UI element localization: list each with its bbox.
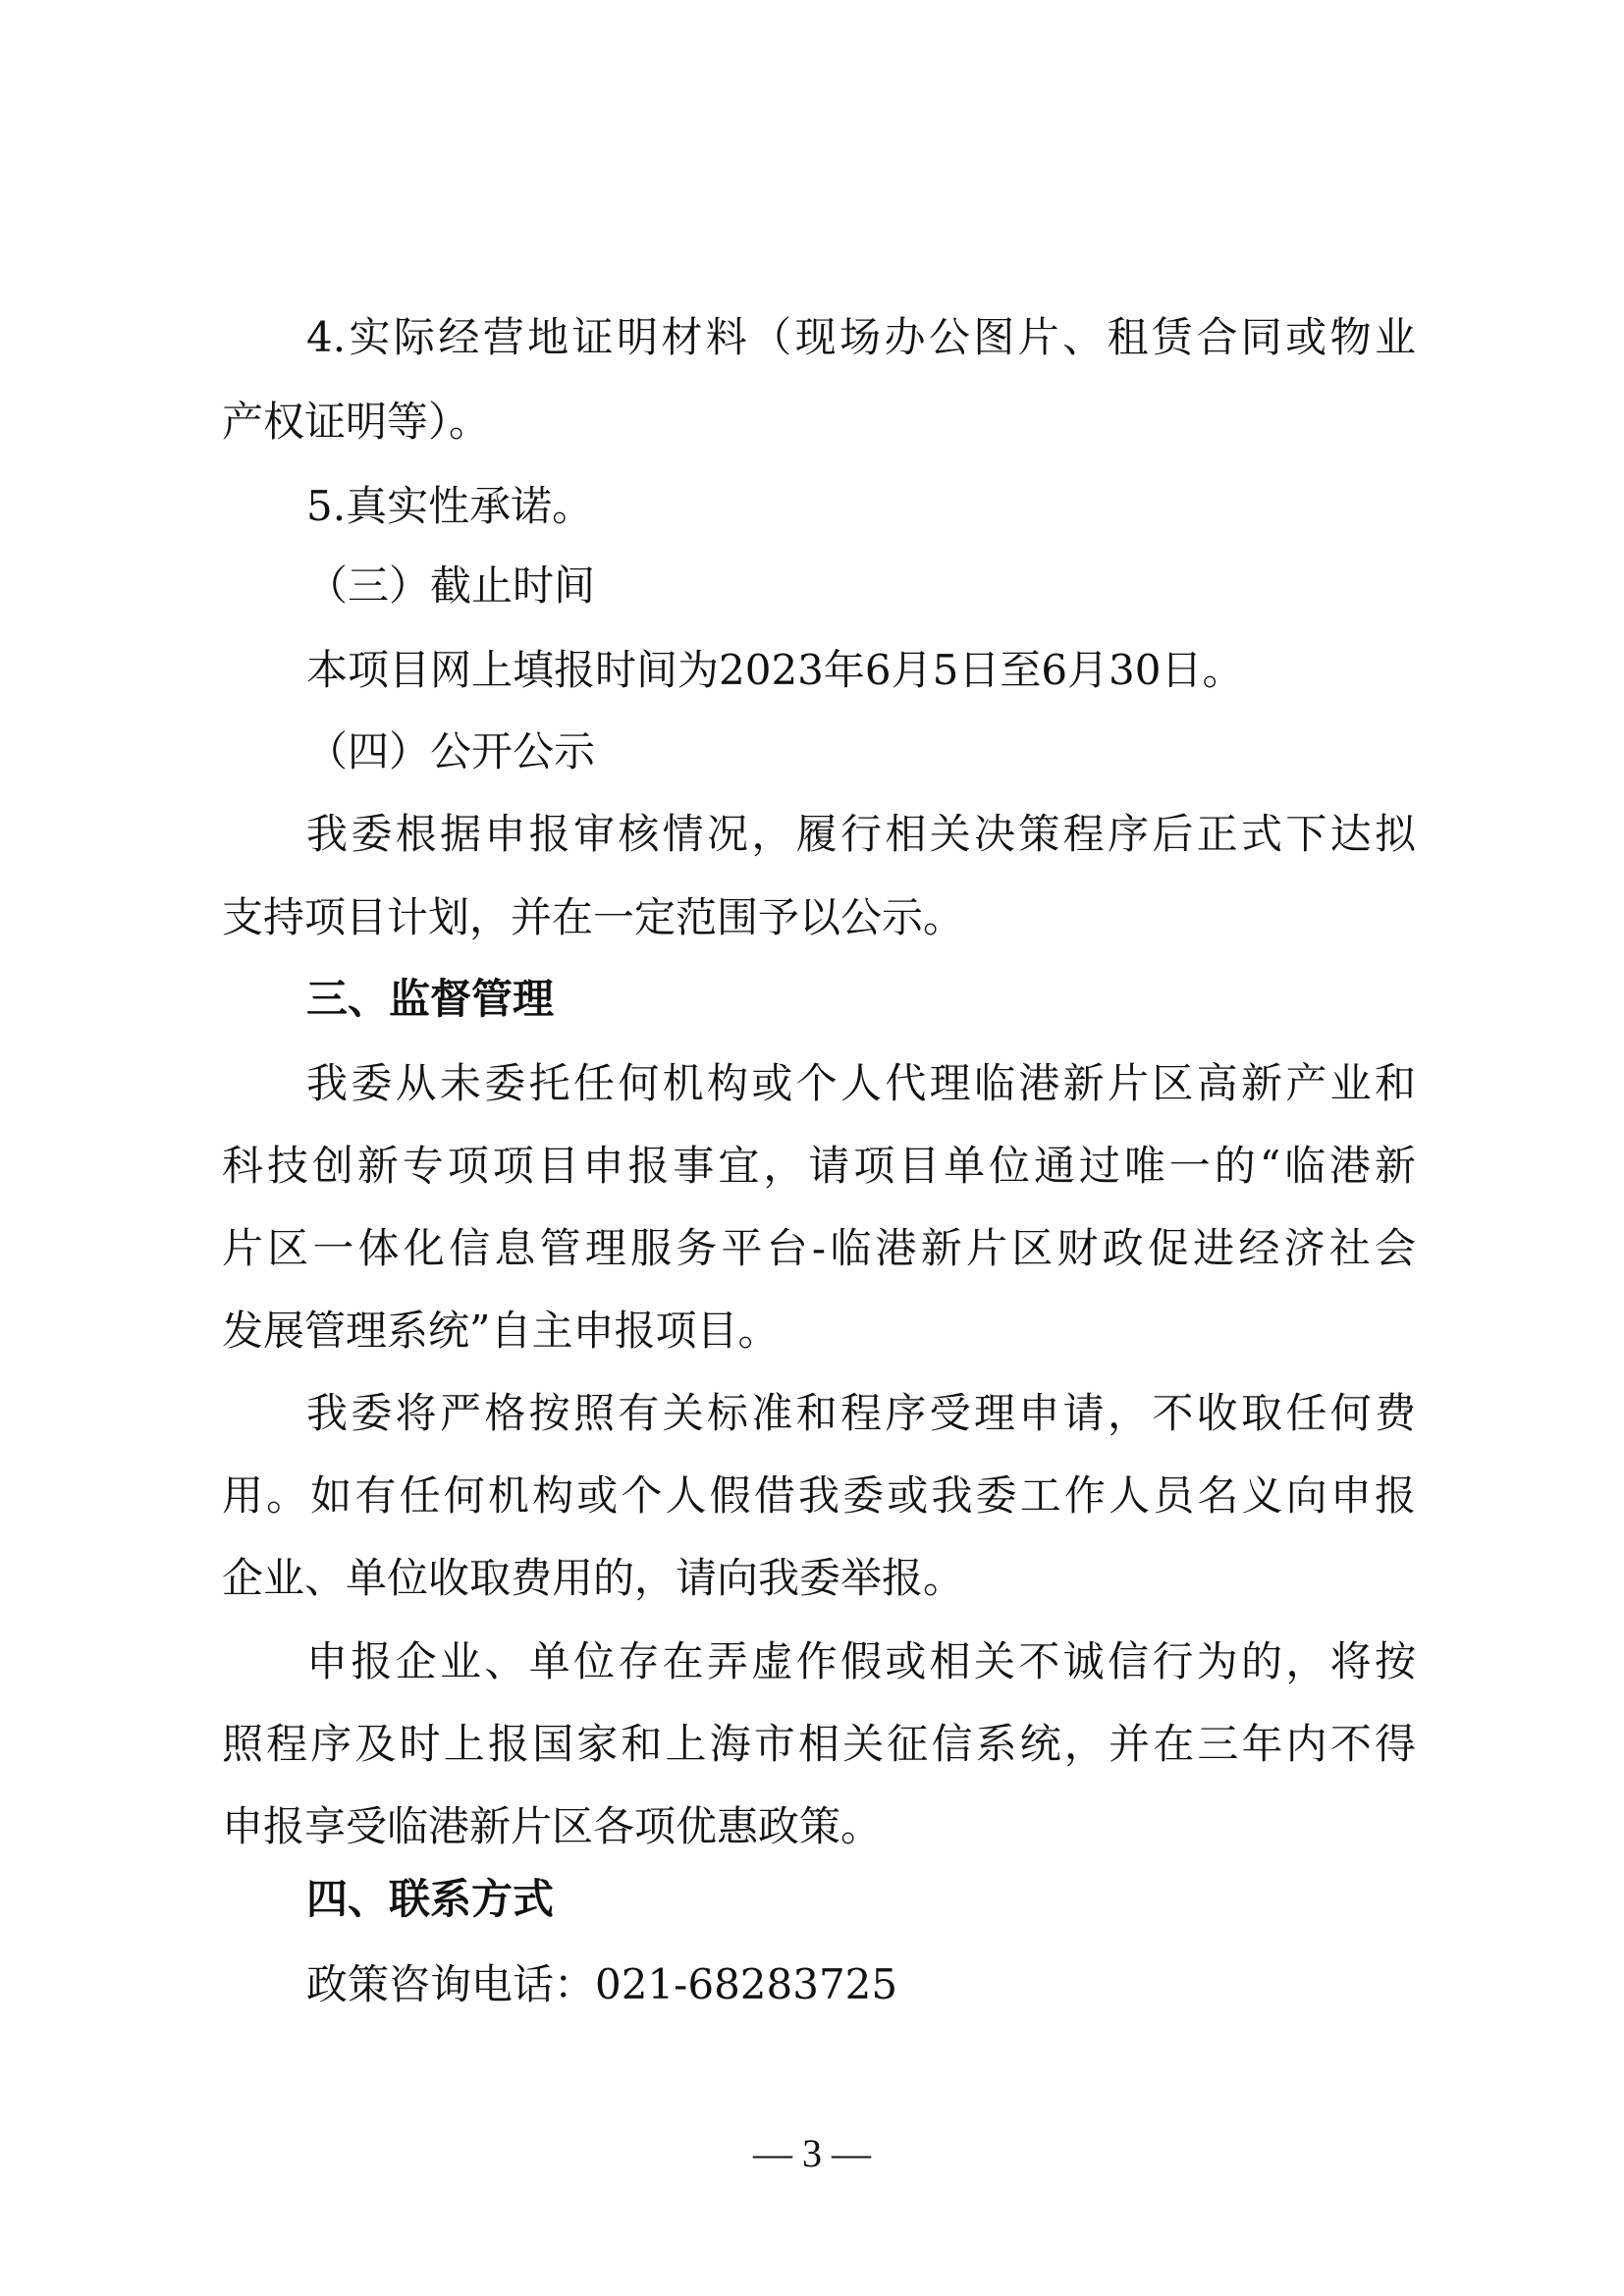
list-item-5: 5.真实性承诺。 — [306, 477, 1416, 536]
section-heading-supervision: 三、监督管理 — [306, 970, 1416, 1029]
publicity-paragraph-line-1: 我委根据申报审核情况，履行相关决策程序后正式下达拟 — [306, 805, 1416, 864]
deadline-paragraph: 本项目网上填报时间为2023年6月5日至6月30日。 — [306, 641, 1416, 700]
subsection-heading-publicity: （四）公开公示 — [306, 722, 1416, 781]
supervision-paragraph-3-line-1: 申报企业、单位存在弄虚作假或相关不诚信行为的，将按 — [306, 1632, 1416, 1691]
list-item-4-continued: 产权证明等）。 — [222, 393, 1416, 452]
supervision-paragraph-2-line-3: 企业、单位收取费用的，请向我委举报。 — [222, 1549, 1416, 1608]
section-heading-contact: 四、联系方式 — [306, 1870, 1416, 1929]
supervision-paragraph-1-line-2: 科技创新专项项目申报事宜，请项目单位通过唯一的“临港新 — [222, 1137, 1416, 1196]
supervision-paragraph-1-line-4: 发展管理系统”自主申报项目。 — [222, 1302, 1416, 1361]
document-page: 4.实际经营地证明材料（现场办公图片、租赁合同或物业 产权证明等）。 5.真实性… — [0, 0, 1624, 2296]
publicity-paragraph-line-2: 支持项目计划，并在一定范围予以公示。 — [222, 888, 1416, 947]
supervision-paragraph-3-line-3: 申报享受临港新片区各项优惠政策。 — [222, 1797, 1416, 1856]
supervision-paragraph-2-line-2: 用。如有任何机构或个人假借我委或我委工作人员名义向申报 — [222, 1467, 1416, 1525]
supervision-paragraph-2-line-1: 我委将严格按照有关标准和程序受理申请，不收取任何费 — [306, 1384, 1416, 1443]
page-number: — 3 — — [0, 2128, 1624, 2179]
supervision-paragraph-1-line-1: 我委从未委托任何机构或个人代理临港新片区高新产业和 — [306, 1054, 1416, 1113]
list-item-4: 4.实际经营地证明材料（现场办公图片、租赁合同或物业 — [306, 308, 1416, 367]
subsection-heading-deadline: （三）截止时间 — [306, 557, 1416, 615]
supervision-paragraph-1-line-3: 片区一体化信息管理服务平台-临港新片区财政促进经济社会 — [222, 1219, 1416, 1278]
supervision-paragraph-3-line-2: 照程序及时上报国家和上海市相关征信系统，并在三年内不得 — [222, 1715, 1416, 1774]
contact-phone: 政策咨询电话：021-68283725 — [306, 1955, 1416, 2014]
